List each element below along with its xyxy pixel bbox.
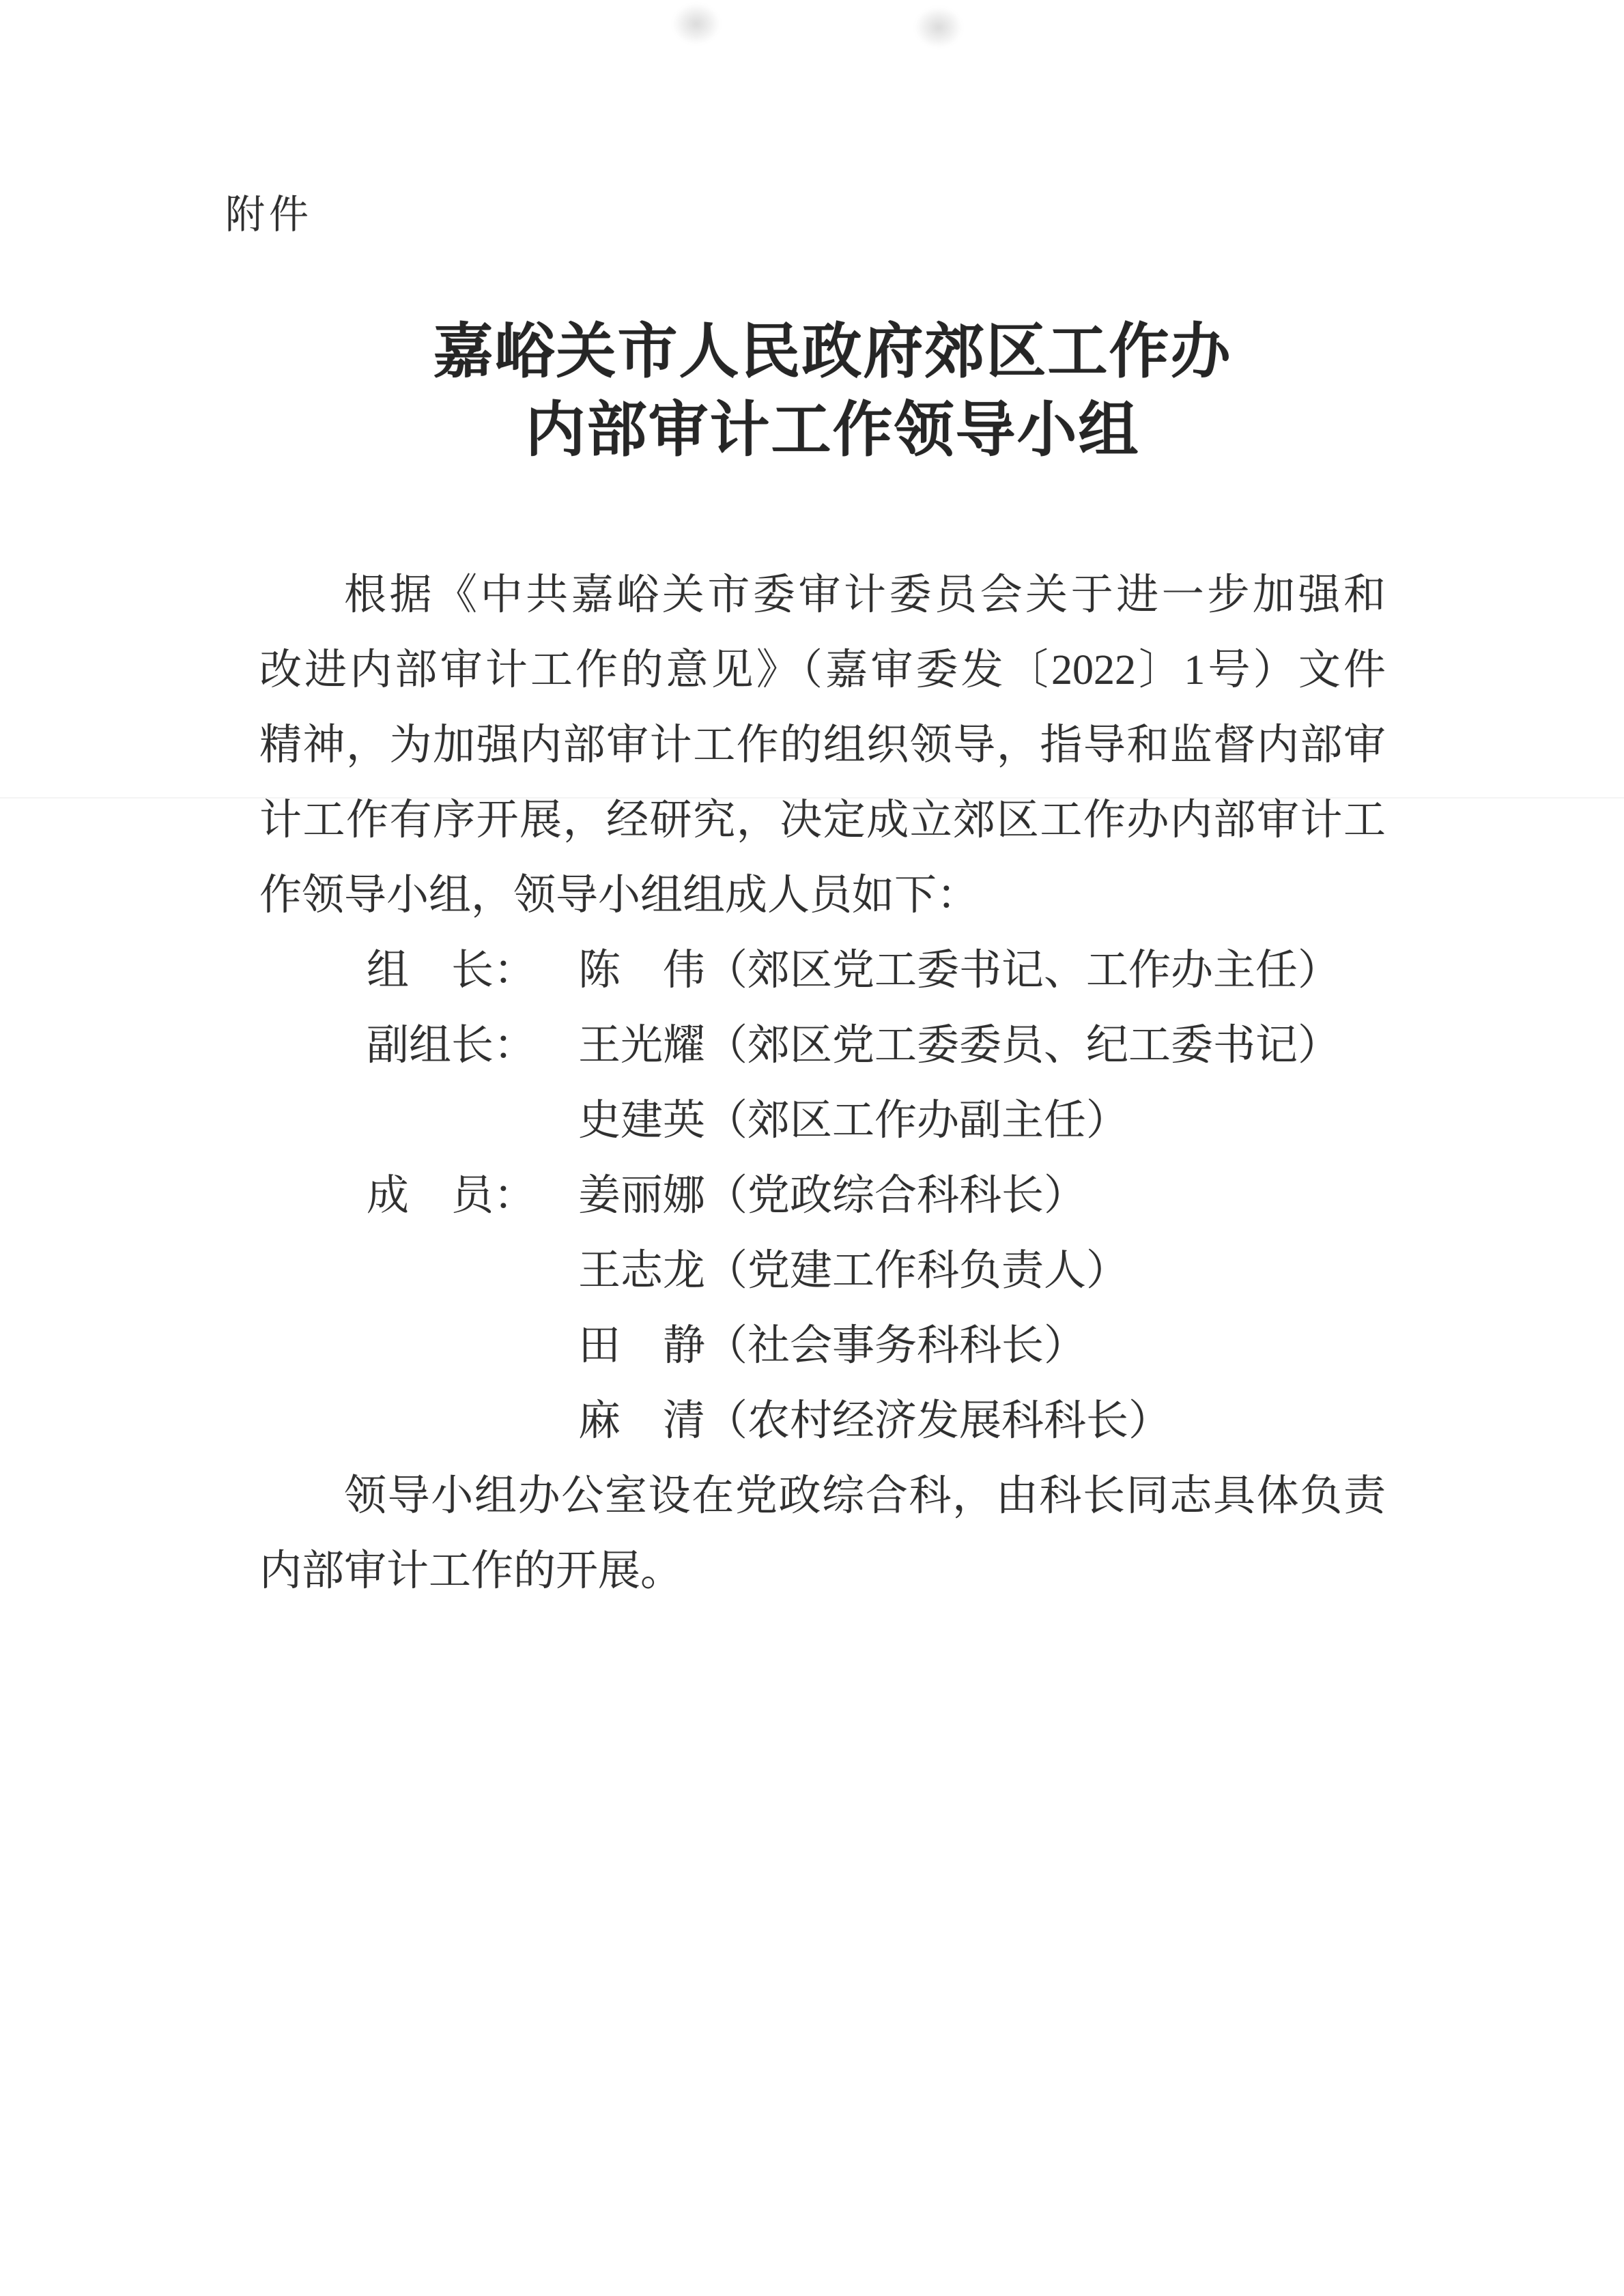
paragraph1-line: 改进内部审计工作的意见》（嘉审委发〔2022〕1号）文件 [259, 633, 1386, 708]
roster-role-label [367, 1083, 578, 1158]
roster-role-label: 副组长： [367, 1008, 578, 1083]
roster-row: 组 长： 陈 伟（郊区党工委书记、工作办主任） [259, 933, 1386, 1008]
paragraph1-line: 计工作有序开展，经研究，决定成立郊区工作办内部审计工 [259, 783, 1386, 858]
paragraph2-line: 内部审计工作的开展。 [259, 1534, 1386, 1609]
title-line-1: 嘉峪关市人民政府郊区工作办 [41, 313, 1624, 392]
roster-role-label: 组 长： [367, 933, 578, 1008]
document-title: 嘉峪关市人民政府郊区工作办 内部审计工作领导小组 [0, 313, 1624, 470]
roster-member-name: 陈 伟（郊区党工委书记、工作办主任） [578, 933, 1340, 1008]
attachment-label: 附件 [225, 193, 1624, 237]
roster-member-name: 田 静（社会事务科科长） [578, 1308, 1086, 1383]
roster-member-name: 麻 清（农村经济发展科科长） [578, 1383, 1171, 1459]
title-line-2: 内部审计工作领导小组 [41, 392, 1624, 470]
roster-row: 王志龙（党建工作科负责人） [259, 1233, 1386, 1308]
roster: 组 长： 陈 伟（郊区党工委书记、工作办主任） 副组长： 王光耀（郊区党工委委员… [259, 933, 1386, 1459]
document-body: 根据《中共嘉峪关市委审计委员会关于进一步加强和 改进内部审计工作的意见》（嘉审委… [259, 558, 1386, 1609]
roster-role-label: 成 员： [367, 1158, 578, 1233]
roster-row: 史建英（郊区工作办副主任） [259, 1083, 1386, 1158]
roster-role-label [367, 1383, 578, 1459]
roster-row: 成 员： 姜丽娜（党政综合科科长） [259, 1158, 1386, 1233]
paragraph2-line: 领导小组办公室设在党政综合科，由科长同志具体负责 [259, 1459, 1386, 1534]
roster-member-name: 王志龙（党建工作科负责人） [578, 1233, 1128, 1308]
scanned-document-page: 附件 嘉峪关市人民政府郊区工作办 内部审计工作领导小组 根据《中共嘉峪关市委审计… [0, 0, 1624, 2296]
roster-role-label [367, 1233, 578, 1308]
roster-member-name: 王光耀（郊区党工委委员、纪工委书记） [578, 1008, 1340, 1083]
roster-row: 副组长： 王光耀（郊区党工委委员、纪工委书记） [259, 1008, 1386, 1083]
scan-smudge-right [915, 7, 963, 48]
paragraph1-line: 精神，为加强内部审计工作的组织领导，指导和监督内部审 [259, 708, 1386, 783]
roster-row: 田 静（社会事务科科长） [259, 1308, 1386, 1383]
roster-row: 麻 清（农村经济发展科科长） [259, 1383, 1386, 1459]
roster-role-label [367, 1308, 578, 1383]
roster-member-name: 姜丽娜（党政综合科科长） [578, 1158, 1086, 1233]
scan-smudge-left [672, 3, 720, 44]
roster-member-name: 史建英（郊区工作办副主任） [578, 1083, 1128, 1158]
paragraph1-line: 根据《中共嘉峪关市委审计委员会关于进一步加强和 [259, 558, 1386, 633]
paragraph1-line: 作领导小组，领导小组组成人员如下： [259, 858, 1386, 933]
